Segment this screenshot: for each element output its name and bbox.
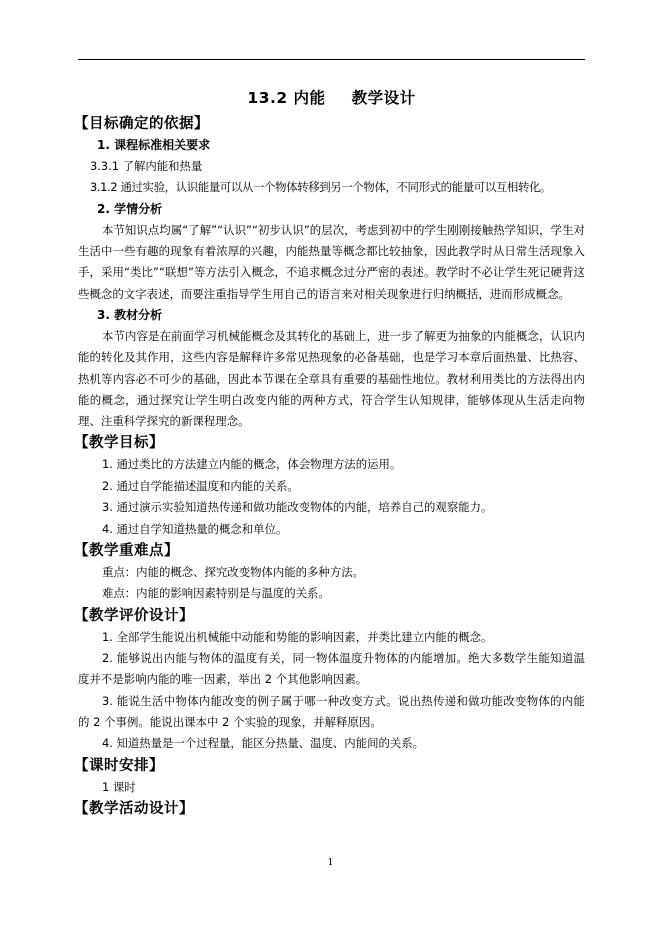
subheading-curriculum: 1. 课程标准相关要求 (78, 135, 585, 156)
title-suffix: 教学设计 (352, 89, 416, 107)
title-number: 13.2 内能 (247, 89, 325, 107)
objective-item: 3. 通过演示实验知道热传递和做功能改变物体的内能，培养自己的观察能力。 (78, 497, 585, 518)
section-heading-activities: 【教学活动设计】 (74, 798, 585, 820)
textbook-analysis-paragraph: 本节内容是在前面学习机械能概念及其转化的基础上，进一步了解更为抽象的内能概念，认… (78, 326, 585, 432)
page-number: 1 (0, 858, 661, 868)
page-title: 13.2 内能教学设计 (78, 86, 585, 110)
header-rule (78, 59, 585, 60)
subheading-learner-analysis: 2. 学情分析 (78, 199, 585, 220)
key-point-focus: 重点：内能的概念、探究改变物体内能的多种方法。 (78, 562, 585, 583)
subheading-textbook-analysis: 3. 教材分析 (78, 305, 585, 326)
evaluation-item: 2. 能够说出内能与物体的温度有关，同一物体温度升物体的内能增加。绝大多数学生能… (78, 648, 585, 691)
page-content: 13.2 内能教学设计 【目标确定的依据】 1. 课程标准相关要求 3.3.1 … (78, 86, 585, 820)
learner-analysis-paragraph: 本节知识点均属“了解”“认识”“初步认识”的层次，考虑到初中的学生刚刚接触热学知… (78, 220, 585, 305)
objective-item: 2. 通过自学能描述温度和内能的关系。 (78, 476, 585, 497)
section-heading-evaluation: 【教学评价设计】 (74, 605, 585, 627)
evaluation-item: 1. 全部学生能说出机械能中动能和势能的影响因素，并类比建立内能的概念。 (78, 627, 585, 648)
section-heading-objectives: 【教学目标】 (74, 432, 585, 454)
key-point-difficulty: 难点：内能的影响因素特别是与温度的关系。 (78, 583, 585, 604)
objective-item: 4. 通过自学知道热量的概念和单位。 (78, 519, 585, 540)
evaluation-item: 3. 能说生活中物体内能改变的例子属于哪一种改变方式。说出热传递和做功能改变物体… (78, 691, 585, 734)
section-heading-basis: 【目标确定的依据】 (74, 113, 585, 135)
document-page: 13.2 内能教学设计 【目标确定的依据】 1. 课程标准相关要求 3.3.1 … (0, 0, 661, 935)
section-heading-key-points: 【教学重难点】 (74, 540, 585, 562)
evaluation-item: 4. 知道热量是一个过程量，能区分热量、温度、内能间的关系。 (78, 733, 585, 754)
curriculum-item: 3.1.2 通过实验，认识能量可以从一个物体转移到另一个物体，不同形式的能量可以… (78, 177, 585, 198)
objective-item: 1. 通过类比的方法建立内能的概念，体会物理方法的运用。 (78, 454, 585, 475)
schedule-value: 1 课时 (78, 777, 585, 798)
curriculum-item: 3.3.1 了解内能和热量 (78, 156, 585, 177)
section-heading-schedule: 【课时安排】 (74, 755, 585, 777)
